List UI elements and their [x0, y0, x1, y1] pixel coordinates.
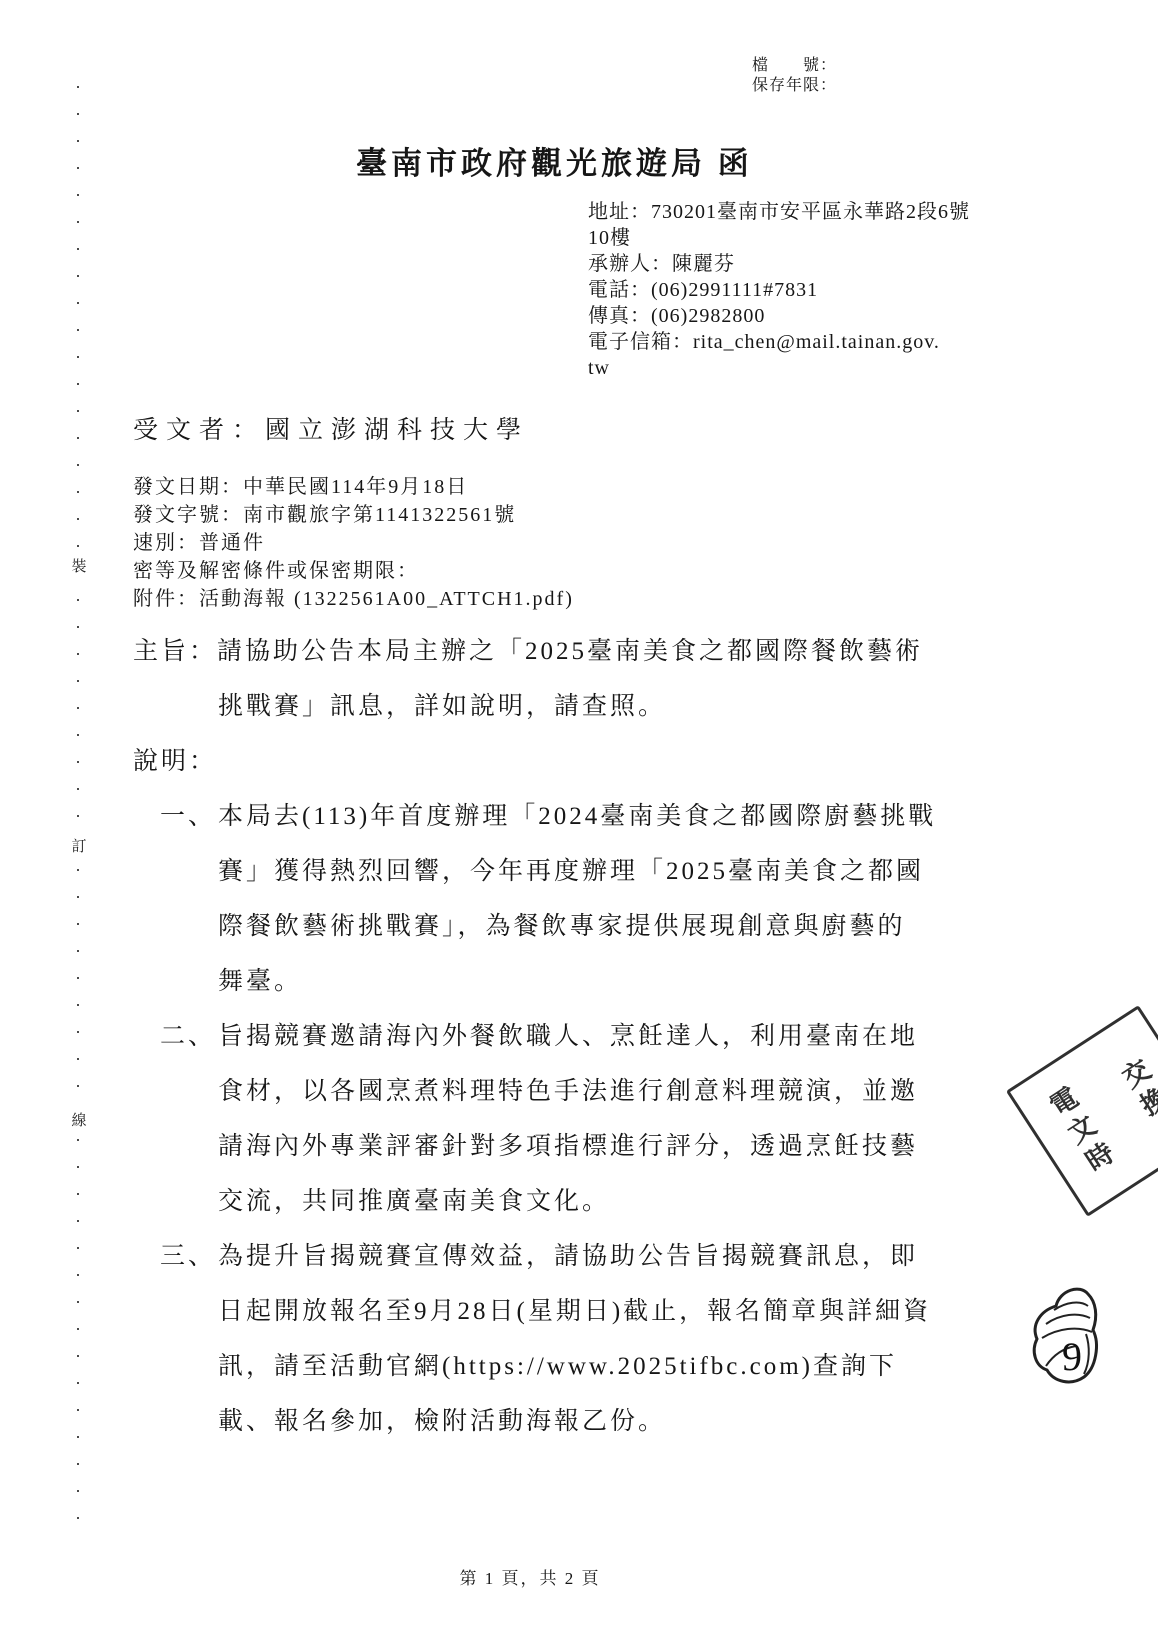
- item-1-line: 舞臺。: [218, 954, 1048, 1009]
- item-2-line: 食材，以各國烹煮料理特色手法進行創意料理競演，並邀: [218, 1064, 1048, 1119]
- sender-fax: 傳真：(06)2982800: [588, 303, 1008, 329]
- item-2-line: 請海內外專業評審針對多項指標進行評分，透過烹飪技藝: [218, 1119, 1048, 1174]
- meta-doc-number: 發文字號：南市觀旅字第1141322561號: [133, 501, 574, 529]
- item-3-line: 訊，請至活動官網(https://www.2025tifbc.com)查詢下: [218, 1339, 1048, 1394]
- item-1-marker: 一、: [160, 789, 216, 844]
- sender-phone: 電話：(06)2991111#7831: [588, 277, 1008, 303]
- item-2-marker: 二、: [160, 1009, 216, 1064]
- meta-issue-date: 發文日期：中華民國114年9月18日: [133, 473, 574, 501]
- item-3-marker: 三、: [160, 1229, 216, 1284]
- binding-dotted-line: [77, 86, 79, 1526]
- subject-paragraph: 主旨：請協助公告本局主辦之「2025臺南美食之都國際餐飲藝術 挑戰賽」訊息，詳如…: [133, 624, 1048, 734]
- sender-email-line1: 電子信箱：rita_chen@mail.tainan.gov.: [588, 329, 1008, 355]
- document-page: 檔 號： 保存年限： 臺南市政府觀光旅遊局 函 地址：730201臺南市安平區永…: [0, 0, 1158, 1649]
- handwritten-receipt-mark: 9: [1024, 1276, 1110, 1388]
- subject-line-1: 主旨：請協助公告本局主辦之「2025臺南美食之都國際餐飲藝術: [133, 624, 1048, 679]
- item-2-line: 交流，共同推廣臺南美食文化。: [218, 1174, 1048, 1229]
- meta-security-class: 密等及解密條件或保密期限：: [133, 557, 574, 585]
- doc-meta-block: 發文日期：中華民國114年9月18日 發文字號：南市觀旅字第1141322561…: [133, 473, 574, 613]
- list-item-1: 一、 本局去(113)年首度辦理「2024臺南美食之都國際廚藝挑戰 賽」獲得熱烈…: [133, 789, 1048, 1009]
- item-3-line: 為提升旨揭競賽宣傳效益，請協助公告旨揭競賽訊息，即: [218, 1229, 1048, 1284]
- item-1-line: 賽」獲得熱烈回響，今年再度辦理「2025臺南美食之都國: [218, 844, 1048, 899]
- meta-attachment: 附件：活動海報 (1322561A00_ATTCH1.pdf): [133, 585, 574, 613]
- subject-line-2: 挑戰賽」訊息，詳如說明，請查照。: [133, 679, 1048, 734]
- binding-mark-zhuang: 裝: [69, 558, 89, 576]
- document-body: 主旨：請協助公告本局主辦之「2025臺南美食之都國際餐飲藝術 挑戰賽」訊息，詳如…: [133, 624, 1048, 1449]
- document-title: 臺南市政府觀光旅遊局 函: [356, 138, 753, 183]
- scribble-icon: 9: [1024, 1276, 1110, 1388]
- sender-address-line1: 地址：730201臺南市安平區永華路2段6號: [588, 199, 1008, 225]
- exchange-stamp-column-left: 電文時: [1038, 1080, 1125, 1184]
- file-number-block: 檔 號： 保存年限：: [752, 56, 837, 96]
- subject-text: 請協助公告本局主辦之「2025臺南美食之都國際餐飲藝術: [217, 638, 923, 665]
- scribble-number: 9: [1062, 1334, 1082, 1379]
- item-3-line: 載、報名參加，檢附活動海報乙份。: [218, 1394, 1048, 1449]
- sender-contact-person: 承辦人：陳麗芬: [588, 251, 1008, 277]
- binding-mark-xian: 線: [69, 1112, 89, 1130]
- file-number-label: 檔 號：: [752, 56, 837, 76]
- description-heading: 說明：: [133, 734, 1048, 789]
- retention-period-label: 保存年限：: [752, 76, 837, 96]
- sender-email-line2: tw: [588, 355, 1008, 381]
- list-item-3: 三、 為提升旨揭競賽宣傳效益，請協助公告旨揭競賽訊息，即 日起開放報名至9月28…: [133, 1229, 1048, 1449]
- meta-speed-class: 速別：普通件: [133, 529, 574, 557]
- list-item-2: 二、 旨揭競賽邀請海內外餐飲職人、烹飪達人，利用臺南在地 食材，以各國烹煮料理特…: [133, 1009, 1048, 1229]
- subject-label: 主旨：: [133, 638, 217, 665]
- binding-mark-ding: 訂: [69, 838, 89, 856]
- recipient-line: 受文者：國立澎湖科技大學: [133, 410, 529, 446]
- item-1-line: 本局去(113)年首度辦理「2024臺南美食之都國際廚藝挑戰: [218, 789, 1048, 844]
- item-1-line: 際餐飲藝術挑戰賽」，為餐飲專家提供展現創意與廚藝的: [218, 899, 1048, 954]
- exchange-stamp-column-right: 交換: [1111, 1052, 1158, 1129]
- sender-address-line2: 10樓: [588, 225, 1008, 251]
- item-3-line: 日起開放報名至9月28日(星期日)截止，報名簡章與詳細資: [218, 1284, 1048, 1339]
- sender-info-block: 地址：730201臺南市安平區永華路2段6號 10樓 承辦人：陳麗芬 電話：(0…: [588, 199, 1008, 381]
- page-footer: 第 1 頁，共 2 頁: [0, 1564, 1060, 1589]
- item-2-line: 旨揭競賽邀請海內外餐飲職人、烹飪達人，利用臺南在地: [218, 1009, 1048, 1064]
